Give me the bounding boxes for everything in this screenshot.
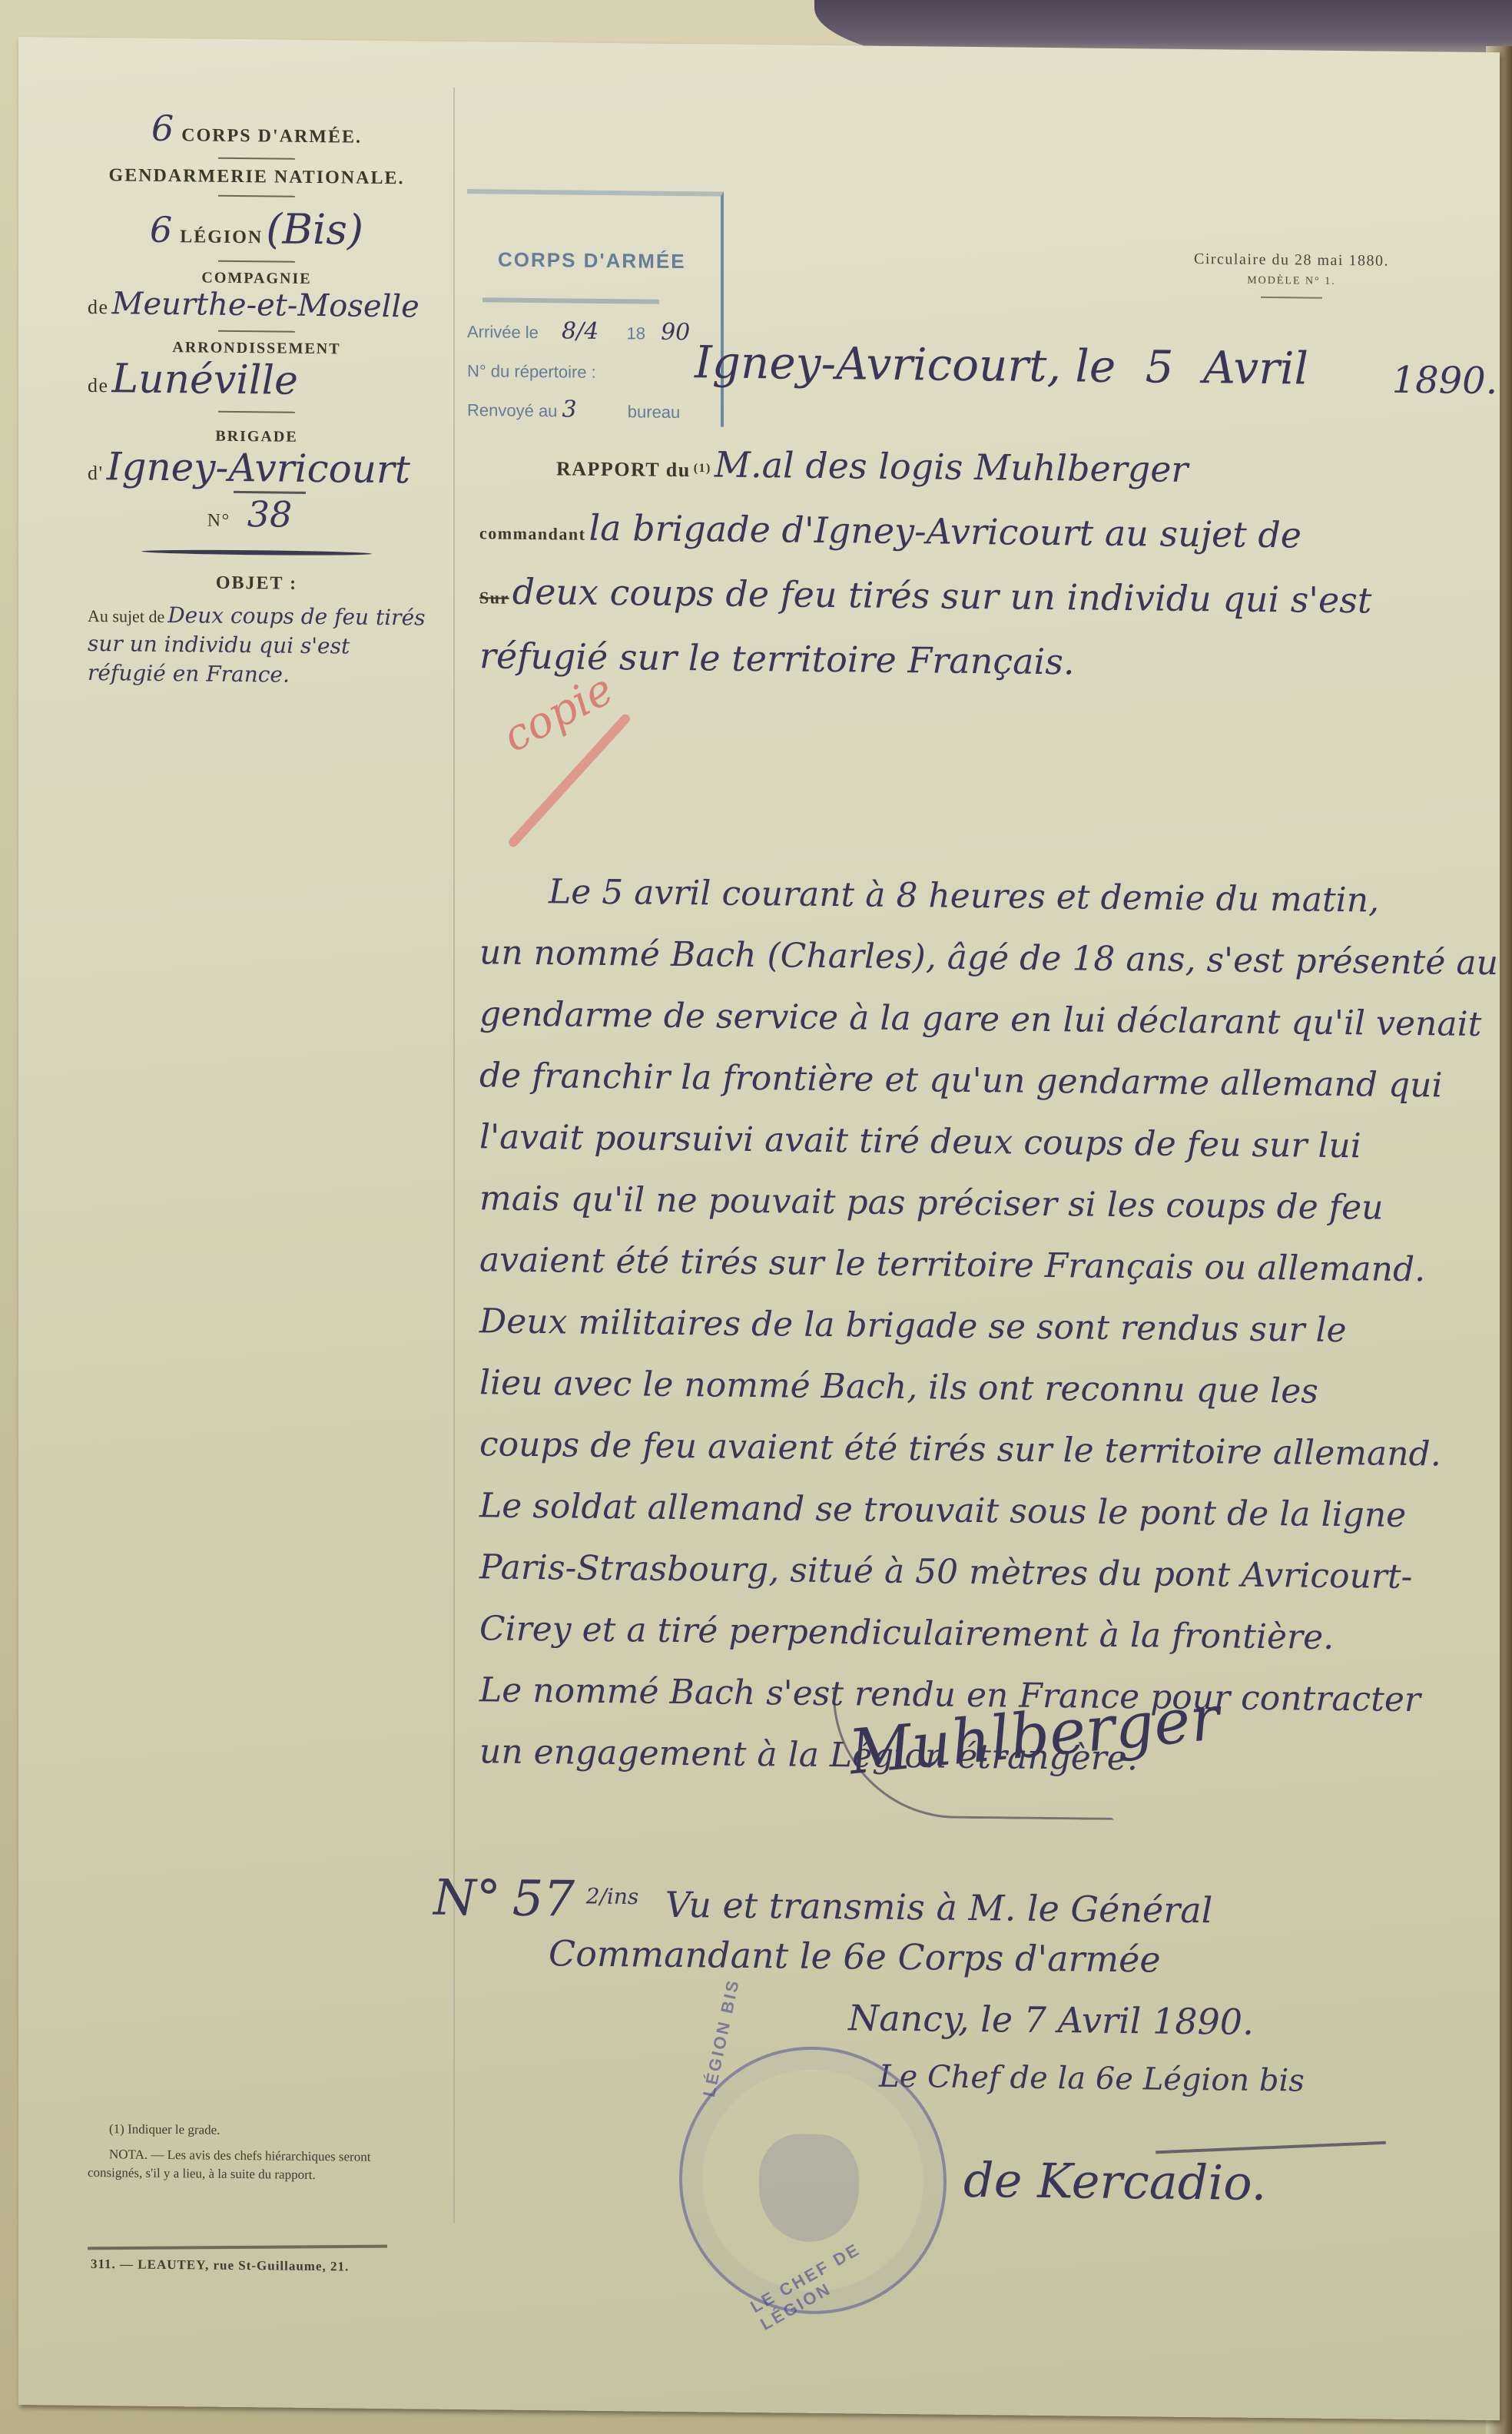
commandant-text: la brigade d'Igney-Avricourt au sujet de bbox=[589, 507, 1301, 556]
report-heading: RAPPORT du (1) M.al des logis Muhlberger… bbox=[479, 441, 1509, 710]
subject-line2: réfugié sur le territoire Français. bbox=[479, 635, 1074, 682]
legion-seal: LÉGION BIS LE CHEF DE LÉGION bbox=[679, 2045, 947, 2316]
endorsement-line1: Vu et transmis à M. le Général bbox=[665, 1884, 1212, 1931]
commandant-label: commandant bbox=[479, 523, 585, 543]
endorsement-number: 57 bbox=[512, 1871, 575, 1928]
compagnie-value: Meurthe-et-Moselle bbox=[112, 286, 419, 324]
footnote-marker: (1) bbox=[694, 462, 711, 475]
endorsement-line4: Le Chef de la 6e Légion bis bbox=[433, 2054, 1463, 2127]
stamp-arrivee-label: Arrivée le bbox=[467, 322, 539, 342]
report-author: M.al des logis Muhlberger bbox=[715, 443, 1189, 489]
endorsement-line2: Commandant le 6e Corps d'armée bbox=[433, 1932, 1463, 2004]
body-line: Le 5 avril courant à 8 heures et demie d… bbox=[479, 871, 1509, 943]
divider bbox=[218, 330, 295, 333]
subject-prefix: Sur bbox=[479, 588, 509, 607]
number-label: N° bbox=[207, 511, 230, 531]
received-stamp: CORPS D'ARMÉE Arrivée le 8/4 18 90 N° du… bbox=[467, 189, 724, 426]
footnotes: (1) Indiquer le grade. NOTA. — Les avis … bbox=[88, 2120, 426, 2193]
divider bbox=[218, 411, 295, 413]
corps-block: 6 CORPS D'ARMÉE. GENDARMERIE NATIONALE. … bbox=[65, 107, 449, 691]
arrondissement-value: Lunéville bbox=[112, 356, 298, 404]
legion-label: LÉGION bbox=[180, 227, 263, 247]
stamp-bureau-number: 3 bbox=[562, 396, 577, 423]
endorsement-number-sup: 2/ins bbox=[586, 1883, 639, 1909]
divider bbox=[218, 260, 295, 263]
report-body: Le 5 avril courant à 8 heures et demie d… bbox=[479, 871, 1509, 1804]
corps-label: CORPS D'ARMÉE. bbox=[181, 125, 362, 147]
gendarmerie-label: GENDARMERIE NATIONALE. bbox=[65, 165, 449, 190]
body-line: un nommé Bach (Charles), âgé de 18 ans, … bbox=[479, 933, 1509, 1005]
circulaire-text: Circulaire du 28 mai 1880. bbox=[1194, 250, 1389, 270]
stamp-title: CORPS D'ARMÉE bbox=[498, 248, 686, 274]
body-line: mais qu'il ne pouvait pas préciser si le… bbox=[479, 1179, 1509, 1251]
body-line: Cirey et a tiré perpendiculairement à la… bbox=[479, 1609, 1509, 1681]
arrondissement-prefix: de bbox=[88, 374, 109, 396]
body-line: Le soldat allemand se trouvait sous le p… bbox=[479, 1486, 1509, 1558]
body-line: lieu avec le nommé Bach, ils ont reconnu… bbox=[479, 1363, 1509, 1435]
circulaire-block: Circulaire du 28 mai 1880. MODÈLE N° 1. bbox=[1194, 250, 1389, 300]
legion-number: 6 bbox=[150, 209, 172, 250]
divider bbox=[218, 195, 295, 197]
chief-signature: de Kercadio. bbox=[963, 2152, 1266, 2211]
body-line: de franchir la frontière et qu'un gendar… bbox=[479, 1056, 1509, 1128]
body-line: gendarme de service à la gare en lui déc… bbox=[479, 994, 1509, 1066]
place-date: Igney-Avricourt, le 5 Avril 1890. bbox=[695, 336, 1497, 396]
stamp-repertoire-label: N° du répertoire : bbox=[467, 361, 596, 383]
year: 1890. bbox=[1392, 359, 1497, 403]
body-line: Paris-Strasbourg, situé à 50 mètres du p… bbox=[479, 1547, 1509, 1620]
stamp-year: 90 bbox=[661, 319, 690, 346]
brigade-value: Igney-Avricourt bbox=[107, 444, 410, 492]
objet-label: OBJET : bbox=[65, 572, 449, 596]
footnote-nota: NOTA. — Les avis des chefs hiérarchiques… bbox=[88, 2145, 426, 2187]
brigade-prefix: d' bbox=[88, 462, 104, 484]
divider bbox=[218, 158, 295, 160]
endorsement-line3: Nancy, le 7 Avril 1890. bbox=[433, 1993, 1463, 2065]
number-value: 38 bbox=[234, 491, 307, 536]
stamp-arrivee-date: 8/4 bbox=[562, 317, 598, 345]
legion-handwritten: (Bis) bbox=[266, 204, 363, 254]
month: Avril bbox=[1203, 341, 1308, 394]
body-line: avaient été tirés sur le territoire Fran… bbox=[479, 1240, 1509, 1312]
subject-line1: deux coups de feu tirés sur un individu … bbox=[512, 571, 1372, 622]
printer-rule bbox=[88, 2245, 387, 2250]
stamp-subline bbox=[482, 297, 659, 303]
endorsement-number-label: N° bbox=[433, 1870, 501, 1928]
divider bbox=[1261, 297, 1322, 299]
body-line: Deux militaires de la brigade se sont re… bbox=[479, 1302, 1509, 1374]
endorsement: N° 57 2/ins Vu et transmis à M. le Génér… bbox=[433, 1870, 1463, 2127]
stamp-bureau-label: bureau bbox=[628, 402, 681, 422]
signature-underline bbox=[1156, 2141, 1386, 2154]
modele-text: MODÈLE N° 1. bbox=[1194, 274, 1389, 289]
report-page: 6 CORPS D'ARMÉE. GENDARMERIE NATIONALE. … bbox=[18, 37, 1500, 2420]
ornamental-rule bbox=[141, 549, 372, 556]
body-line: coups de feu avaient été tirés sur le te… bbox=[479, 1424, 1509, 1497]
stamp-renvoi-label: Renvoyé au bbox=[467, 400, 557, 420]
seal-emblem bbox=[759, 2134, 859, 2242]
corps-number: 6 bbox=[151, 108, 174, 149]
place: Igney-Avricourt, le bbox=[695, 336, 1116, 393]
day: 5 bbox=[1146, 340, 1174, 393]
footnote-1: (1) Indiquer le grade. bbox=[88, 2120, 426, 2142]
compagnie-prefix: de bbox=[88, 296, 109, 318]
rapport-label: RAPPORT du bbox=[556, 457, 691, 481]
body-line: l'avait poursuivi avait tiré deux coups … bbox=[479, 1117, 1509, 1189]
objet-prefix: Au sujet de bbox=[88, 606, 164, 626]
stamp-year-prefix: 18 bbox=[626, 323, 645, 343]
printer-imprint: 311. — LEAUTEY, rue St-Guillaume, 21. bbox=[91, 2257, 349, 2275]
